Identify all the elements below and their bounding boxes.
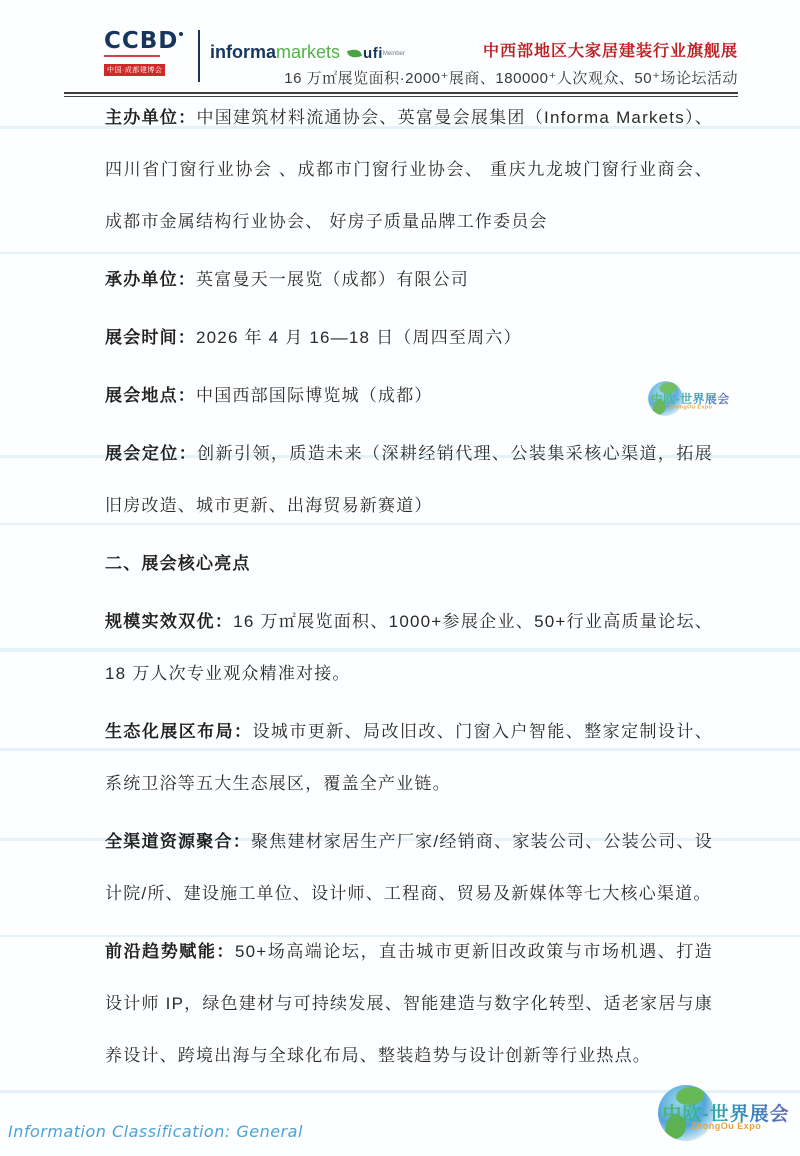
- leaf-icon: [347, 47, 362, 60]
- highlight-trends-label: 前沿趋势赋能：: [105, 942, 235, 961]
- informa-logo-text: informa: [210, 42, 276, 62]
- zhongou-expo-watermark: 中欧-世界展会 ZhongOu Expo: [642, 380, 735, 423]
- paragraph-highlight-channels: 全渠道资源聚合：聚焦建材家居生产厂家/经销商、家装公司、公装公司、设计院/所、建…: [105, 816, 713, 920]
- paragraph-positioning: 展会定位：创新引领，质造未来（深耕经销代理、公装集采核心渠道，拓展旧房改造、城市…: [105, 428, 713, 532]
- positioning-text: 创新引领，质造未来（深耕经销代理、公装集采核心渠道，拓展旧房改造、城市更新、出海…: [105, 444, 713, 515]
- ufi-logo-text: ufi: [363, 45, 383, 62]
- organizer-label: 主办单位：: [105, 108, 196, 127]
- paragraph-highlight-zones: 生态化展区布局：设城市更新、局改旧改、门窗入户智能、整家定制设计、系统卫浴等五大…: [105, 706, 713, 810]
- venue-label: 展会地点：: [105, 386, 196, 405]
- highlight-channels-label: 全渠道资源聚合：: [105, 832, 251, 851]
- paragraph-highlight-trends: 前沿趋势赋能：50+场高端论坛，直击城市更新旧改政策与市场机遇、打造设计师 IP…: [105, 926, 713, 1082]
- banner-title: 中西部地区大家居建装行业旗舰展: [483, 38, 738, 61]
- ccbd-logo-rule: [104, 55, 160, 57]
- ccbd-logo: CCBD 中国·成都建博会: [104, 30, 184, 77]
- section-heading: 二、展会核心亮点: [105, 538, 713, 590]
- ccbd-logo-dot: [179, 32, 183, 36]
- ccbd-logo-subtitle: 中国·成都建博会: [104, 64, 165, 76]
- header-divider: [198, 30, 200, 82]
- zhongou-expo-en-text: ZhongOu Expo: [654, 1121, 798, 1131]
- time-text: 2026 年 4 月 16—18 日（周四至周六）: [196, 328, 522, 347]
- paragraph-highlight-scale: 规模实效双优：16 万㎡展览面积、1000+参展企业、50+行业高质量论坛、18…: [105, 596, 713, 700]
- paragraph-co-organizer: 承办单位：英富曼天一展览（成都）有限公司: [105, 254, 713, 306]
- markets-logo-text: markets: [276, 42, 340, 62]
- highlight-scale-label: 规模实效双优：: [105, 612, 233, 631]
- document-page: CCBD 中国·成都建博会 informamarketsufiMember 中西…: [0, 0, 800, 1156]
- zhongou-expo-logo: 中欧-世界展会 ZhongOu Expo: [648, 1083, 798, 1153]
- highlight-zones-label: 生态化展区布局：: [105, 722, 252, 741]
- paragraph-organizer: 主办单位：中国建筑材料流通协会、英富曼会展集团（Informa Markets）…: [105, 92, 713, 248]
- ccbd-logo-text: CCBD: [104, 28, 178, 54]
- paragraph-venue: 展会地点：中国西部国际博览城（成都）: [105, 370, 713, 422]
- document-body: 主办单位：中国建筑材料流通协会、英富曼会展集团（Informa Markets）…: [105, 92, 713, 1088]
- paragraph-time: 展会时间：2026 年 4 月 16—18 日（周四至周六）: [105, 312, 713, 364]
- venue-text: 中国西部国际博览城（成都）: [196, 386, 433, 405]
- zhongou-expo-en-text: ZhongOu Expo: [646, 404, 735, 410]
- time-label: 展会时间：: [105, 328, 196, 347]
- classification-label: Information Classification: General: [8, 1122, 303, 1141]
- co-organizer-label: 承办单位：: [105, 270, 196, 289]
- positioning-label: 展会定位：: [105, 444, 197, 463]
- banner-stats: 16 万㎡展览面积·2000⁺展商、180000⁺人次观众、50⁺场论坛活动: [284, 67, 738, 88]
- letterhead: CCBD 中国·成都建博会 informamarketsufiMember 中西…: [64, 26, 738, 92]
- ufi-member-label: Member: [383, 51, 405, 57]
- co-organizer-text: 英富曼天一展览（成都）有限公司: [196, 270, 469, 289]
- organizer-text: 中国建筑材料流通协会、英富曼会展集团（Informa Markets）、四川省门…: [105, 108, 713, 231]
- partner-logos: informamarketsufiMember: [210, 42, 405, 63]
